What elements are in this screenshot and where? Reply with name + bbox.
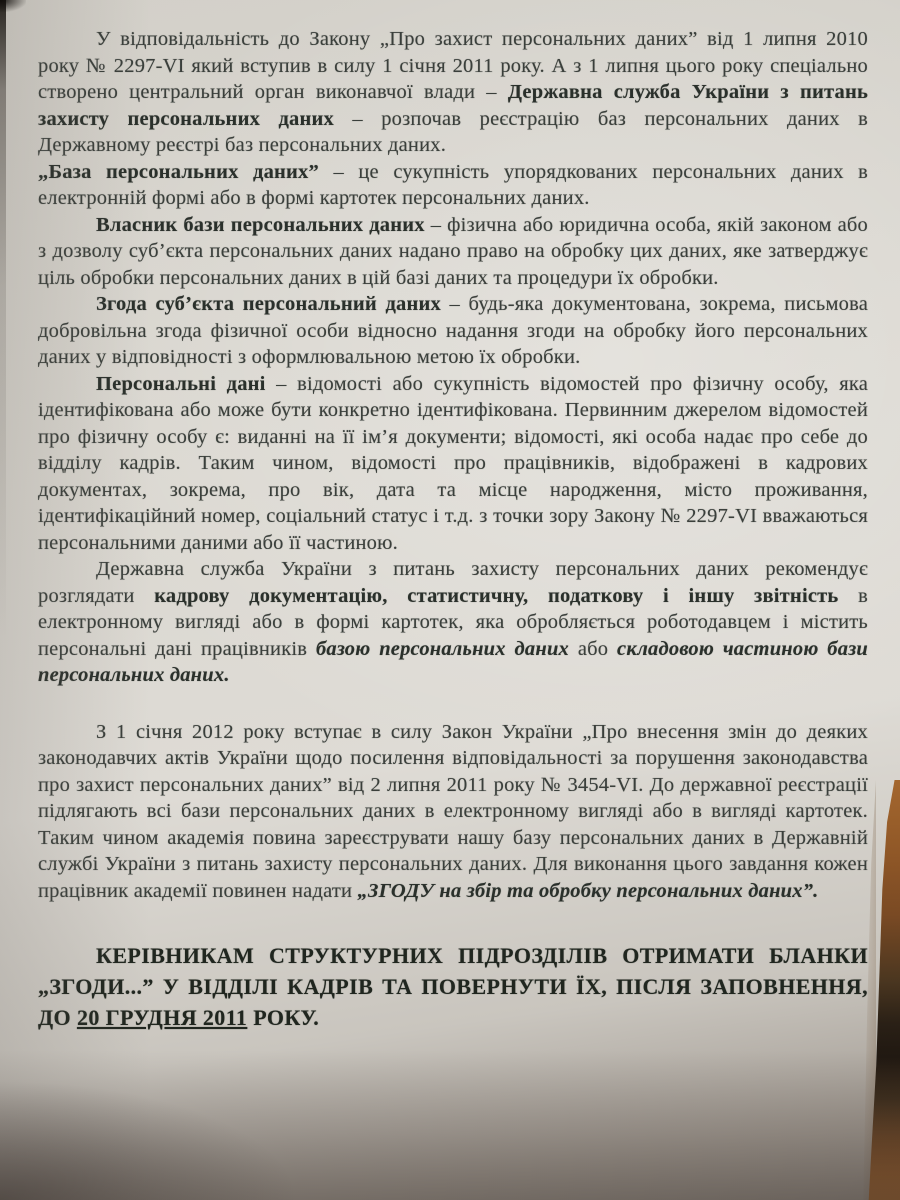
paragraph-definition-consent: Згода суб’єкта персональний даних – будь… [38,291,868,371]
paragraph-definition-personal-data: Персональні дані – відомості або сукупні… [38,371,868,557]
paper-left-edge-shadow [0,0,6,640]
text-segment: Власник бази персональних даних [96,214,425,236]
wooden-table-edge [866,780,900,1200]
text-segment: Персональні дані [96,373,266,395]
text-segment: „База персональних даних” [38,161,319,183]
paragraph-instruction-to-managers: КЕРІВНИКАМ СТРУКТУРНИХ ПІДРОЗДІЛІВ ОТРИМ… [38,940,868,1033]
paragraph-intro-law-2297: У відповідальність до Закону „Про захист… [38,26,868,159]
text-segment: „ЗГОДУ на збір та обробку персональних д… [358,880,814,902]
text-segment: З 1 січня 2012 року вступає в силу Закон… [38,721,868,902]
text-segment: або [569,638,617,660]
text-segment: – відомості або сукупність відомостей пр… [38,373,868,554]
paper-bottom-left-shadow [0,1080,300,1200]
paragraph-law-3454-registration: З 1 січня 2012 року вступає в силу Закон… [38,719,868,905]
text-segment: базою персональних даних [316,638,569,660]
paper-bottom-shadow [0,1050,900,1200]
document-content: У відповідальність до Закону „Про захист… [38,26,868,1033]
paper-top-corner-shadow [0,0,26,12]
document-photo: У відповідальність до Закону „Про захист… [0,0,900,1200]
text-segment: кадрову документацію, статистичну, подат… [154,585,838,607]
paragraph-definition-database: „База персональних даних” – це сукупніст… [38,159,868,212]
text-segment: 20 ГРУДНЯ 2011 [77,1005,247,1030]
text-segment: Згода суб’єкта персональний даних [96,293,441,315]
paragraph-service-recommendation: Державна служба України з питань захисту… [38,556,868,689]
paragraph-definition-owner: Власник бази персональних даних – фізичн… [38,212,868,292]
text-segment: . [813,880,818,902]
text-segment: РОКУ. [247,1005,319,1030]
